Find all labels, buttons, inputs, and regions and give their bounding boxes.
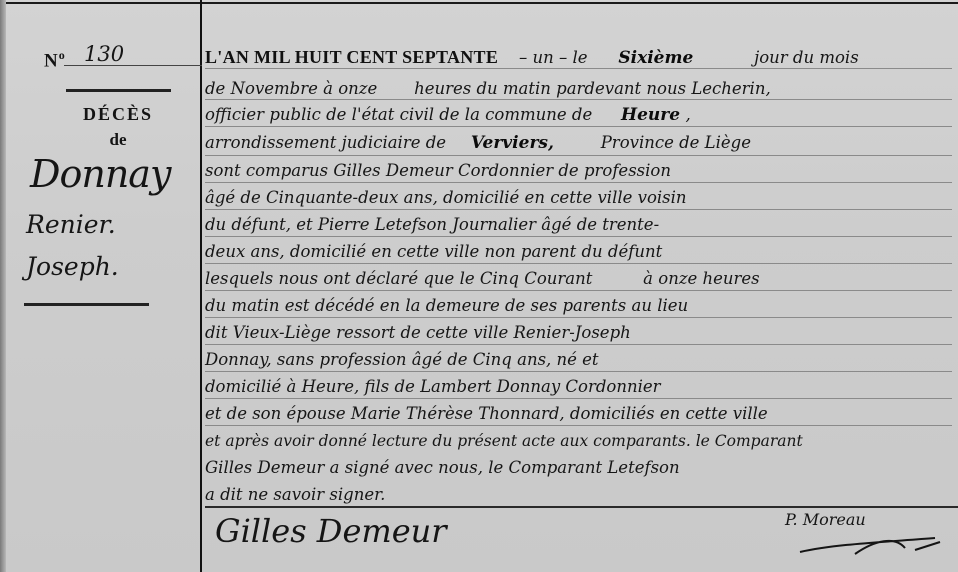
body-line-15: et après avoir donné lecture du présent …: [205, 426, 803, 456]
line-text: du défunt, et Pierre Letefson Journalier…: [205, 215, 659, 234]
margin-separator-rule: [66, 89, 171, 92]
line-text: du matin est décédé en la demeure de ses…: [205, 296, 688, 315]
signature-flourish-icon: [795, 530, 945, 560]
entry-body: L'AN MIL HUIT CENT SEPTANTE – un – le Si…: [205, 0, 958, 572]
line-text: Gilles Demeur a signé avec nous, le Comp…: [205, 458, 680, 477]
printed-jour-du-mois: jour du mois: [754, 48, 859, 67]
deceased-given-name-2: Joseph.: [26, 252, 119, 281]
line-text: et de son épouse Marie Thérèse Thonnard,…: [205, 404, 768, 423]
margin-bottom-rule: [24, 303, 149, 306]
line-text: âgé de Cinquante-deux ans, domicilié en …: [205, 188, 687, 207]
ruled-line: [205, 126, 952, 127]
body-line-4: arrondissement judiciaire de Verviers, P…: [205, 128, 751, 158]
line-text: arrondissement judiciaire de: [205, 133, 446, 152]
line-text: Donnay, sans profession âgé de Cinq ans,…: [205, 350, 599, 369]
printed-year-heading: L'AN MIL HUIT CENT SEPTANTE: [205, 47, 498, 67]
line-text: et après avoir donné lecture du présent …: [205, 432, 803, 450]
margin-heading-deces: DÉCÈS: [63, 104, 173, 125]
deceased-surname: Donnay: [30, 152, 170, 196]
handwritten-day: Sixième: [618, 48, 693, 68]
number-label-n: N: [44, 50, 59, 71]
ruled-line: [205, 68, 952, 69]
signature-rule: [205, 506, 958, 508]
commune-name: Heure: [621, 105, 680, 125]
deceased-given-name-1: Renier.: [26, 210, 116, 239]
line-tail: Province de Liège: [601, 133, 751, 152]
body-line-16: Gilles Demeur a signé avec nous, le Comp…: [205, 453, 680, 483]
signature-officer: P. Moreau: [785, 510, 866, 529]
entry-number-underline: [64, 65, 202, 66]
number-label-sup: o: [59, 48, 66, 62]
register-page: No 130 DÉCÈS de Donnay Renier. Joseph. L…: [0, 0, 958, 572]
column-divider: [200, 0, 202, 572]
entry-number-label: No: [44, 48, 66, 72]
signature-witness: Gilles Demeur: [215, 512, 447, 550]
line-text: a dit ne savoir signer.: [205, 485, 385, 504]
page-binding-edge: [0, 0, 6, 572]
line-tail: à onze heures: [643, 269, 759, 288]
entry-number-value: 130: [84, 42, 124, 66]
line-text: officier public de l'état civil de la co…: [205, 105, 592, 124]
margin-column: No 130 DÉCÈS de Donnay Renier. Joseph.: [8, 0, 198, 572]
line-text: dit Vieux-Liège ressort de cette ville R…: [205, 323, 631, 342]
arrondissement-name: Verviers,: [471, 133, 554, 153]
line-tail: heures du matin pardevant nous Lecherin,: [414, 79, 771, 98]
line-text: deux ans, domicilié en cette ville non p…: [205, 242, 662, 261]
line-tail: ,: [685, 105, 690, 124]
line-text: lesquels nous ont déclaré que le Cinq Co…: [205, 269, 592, 288]
line-text: domicilié à Heure, fils de Lambert Donna…: [205, 377, 661, 396]
line-text: sont comparus Gilles Demeur Cordonnier d…: [205, 161, 671, 180]
handwritten-day-intro: – un – le: [519, 48, 588, 67]
margin-heading-de: de: [63, 130, 173, 150]
line-text: de Novembre à onze: [205, 79, 377, 98]
